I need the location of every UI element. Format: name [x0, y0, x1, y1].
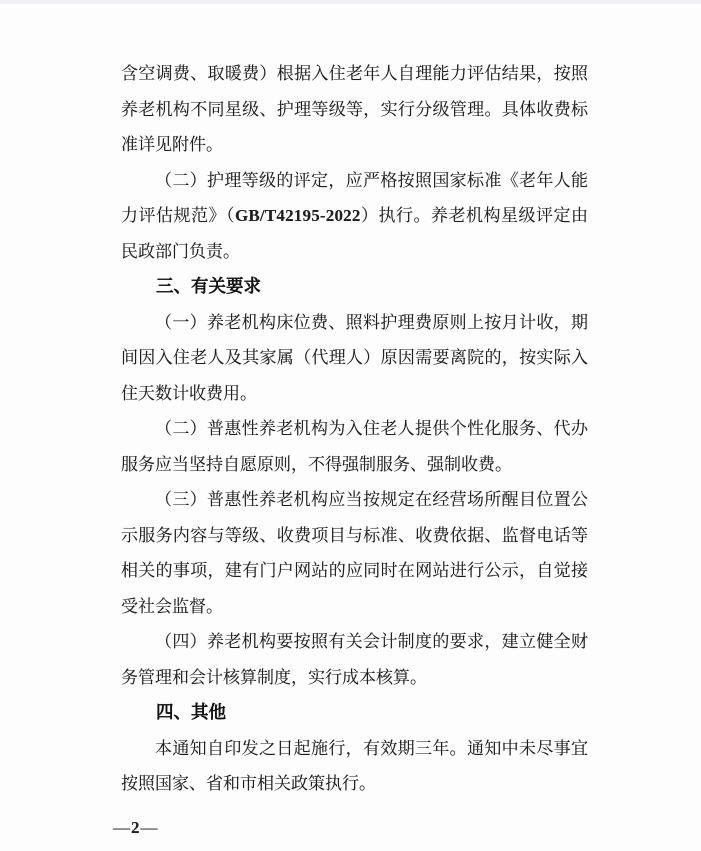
- page-number-dash: —: [141, 818, 159, 837]
- body-line: （二）普惠性养老机构为入住老人提供个性化服务、代办: [121, 411, 588, 447]
- body-line: 相关的事项，建有门户网站的应同时在网站进行公示，自觉接: [121, 553, 588, 589]
- body-line-segment: ）执行。养老机构星级评定由: [361, 206, 588, 225]
- body-line: 按照国家、省和市相关政策执行。: [121, 766, 588, 802]
- scan-edge-strip: [0, 0, 701, 4]
- body-line: 含空调费、取暖费）根据入住老年人自理能力评估结果，按照: [121, 56, 588, 92]
- body-line: 民政部门负责。: [121, 234, 588, 270]
- body-line: （三）普惠性养老机构应当按规定在经营场所醒目位置公: [121, 482, 588, 518]
- body-line: 间因入住老人及其家属（代理人）原因需要离院的，按实际入: [121, 340, 588, 376]
- body-line: 本通知自印发之日起施行，有效期三年。通知中未尽事宜: [121, 731, 588, 767]
- document-page: 含空调费、取暖费）根据入住老年人自理能力评估结果，按照 养老机构不同星级、护理等…: [0, 0, 701, 851]
- body-line-segment: 力评估规范》（: [121, 206, 235, 225]
- page-number: —2—: [113, 813, 159, 843]
- page-number-value: 2: [131, 818, 141, 837]
- body-line: （二）护理等级的评定，应严格按照国家标准《老年人能: [121, 163, 588, 199]
- body-line: 力评估规范》（GB/T42195-2022）执行。养老机构星级评定由: [121, 198, 588, 234]
- body-line: 住天数计收费用。: [121, 376, 588, 412]
- body-line: （一）养老机构床位费、照料护理费原则上按月计收，期: [121, 305, 588, 341]
- gb-standard-code: GB/T42195-2022: [235, 206, 361, 225]
- section-heading: 四、其他: [121, 695, 588, 731]
- body-line: 务管理和会计核算制度，实行成本核算。: [121, 660, 588, 696]
- body-line: 服务应当坚持自愿原则，不得强制服务、强制收费。: [121, 447, 588, 483]
- body-line: 示服务内容与等级、收费项目与标准、收费依据、监督电话等: [121, 518, 588, 554]
- page-number-dash: —: [113, 818, 131, 837]
- section-heading: 三、有关要求: [121, 269, 588, 305]
- body-line: 受社会监督。: [121, 589, 588, 625]
- body-text: 含空调费、取暖费）根据入住老年人自理能力评估结果，按照 养老机构不同星级、护理等…: [121, 56, 588, 802]
- body-line: （四）养老机构要按照有关会计制度的要求，建立健全财: [121, 624, 588, 660]
- body-line: 准详见附件。: [121, 127, 588, 163]
- body-line: 养老机构不同星级、护理等级等，实行分级管理。具体收费标: [121, 92, 588, 128]
